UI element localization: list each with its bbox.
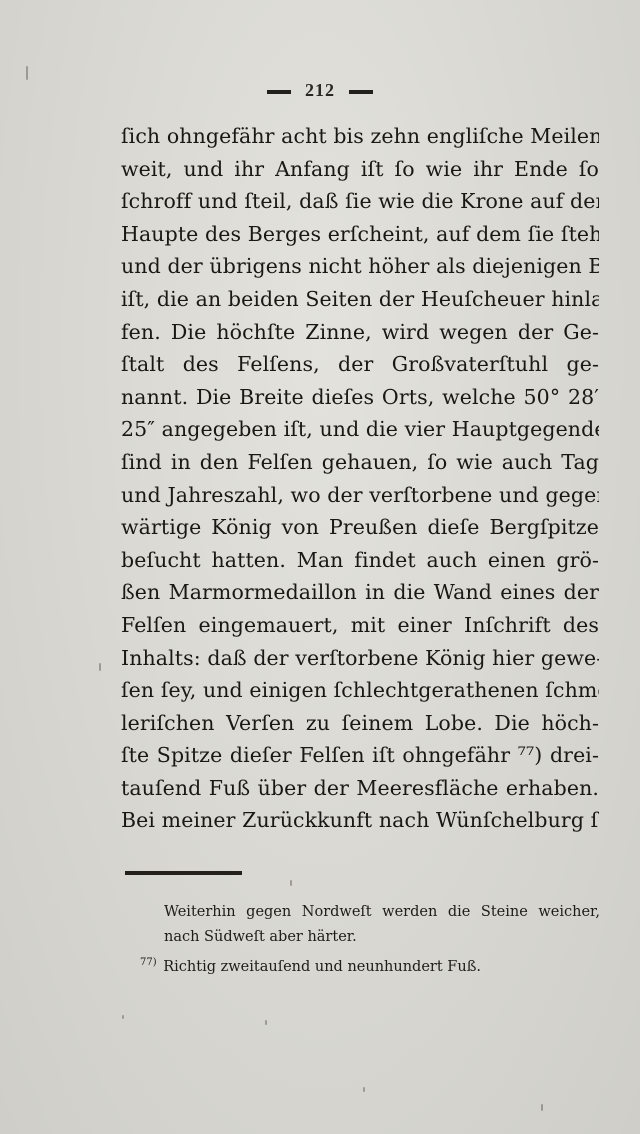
text-line: ſtalt des Felſens, der Großvaterſtuhl ge…: [121, 348, 599, 381]
text-line: Inhalts: daß der verſtorbene König hier …: [121, 642, 599, 675]
dash-right: [349, 90, 373, 94]
text-line: ſind in den Felſen gehauen, ſo wie auch …: [121, 446, 599, 479]
text-line: weit, und ihr Anfang iſt ſo wie ihr Ende…: [121, 153, 599, 186]
text-line: Haupte des Berges erſcheint, auf dem ſie…: [121, 218, 599, 251]
paper-speck: [122, 1015, 124, 1019]
footnote-separator-rule: [125, 871, 242, 875]
footnote-continued-line: Weiterhin gegen Nordweſt werden die Stei…: [140, 900, 600, 925]
text-line: nannt. Die Breite dieſes Orts, welche 50…: [121, 381, 599, 414]
text-line: fen. Die höchſte Zinne, wird wegen der G…: [121, 316, 599, 349]
body-text: ſich ohngefähr acht bis zehn engliſche M…: [121, 120, 599, 837]
text-line: wärtige König von Preußen dieſe Bergſpit…: [121, 511, 599, 544]
footnote-text: Richtig zweitauſend und neunhundert Fuß.: [163, 959, 481, 975]
text-line: ßen Marmormedaillon in die Wand eines de…: [121, 576, 599, 609]
text-line: und Jahreszahl, wo der verſtorbene und g…: [121, 479, 599, 512]
paper-speck: [26, 66, 28, 80]
text-line: leriſchen Verſen zu ſeinem Lobe. Die höc…: [121, 707, 599, 740]
dash-left: [267, 90, 291, 94]
footnotes: Weiterhin gegen Nordweſt werden die Stei…: [140, 900, 600, 975]
text-line: ſich ohngefähr acht bis zehn engliſche M…: [121, 120, 599, 153]
text-line: ſen ſey, und einigen ſchlechtgerathenen …: [121, 674, 599, 707]
text-line: und der übrigens nicht höher als diejeni…: [121, 250, 599, 283]
text-line: ſte Spitze dieſer Felſen iſt ohngefähr ⁷…: [121, 739, 599, 772]
text-line: Felſen eingemauert, mit einer Inſchrift …: [121, 609, 599, 642]
paper-speck: [541, 1104, 543, 1111]
paper-speck: [99, 663, 101, 671]
text-line: tauſend Fuß über der Meeresfläche erhabe…: [121, 772, 599, 805]
paper-speck: [265, 1020, 267, 1025]
text-line: ſchroff und ſteil, daß ſie wie die Krone…: [121, 185, 599, 218]
page-number: 212: [0, 80, 640, 101]
text-line: beſucht hatten. Man findet auch einen gr…: [121, 544, 599, 577]
page-number-value: 212: [305, 80, 335, 100]
footnote-marker: 77): [140, 957, 157, 968]
book-page: 212 ſich ohngefähr acht bis zehn engliſc…: [0, 0, 640, 1134]
paper-speck: [363, 1087, 365, 1092]
footnote-77: 77) Richtig zweitauſend und neunhundert …: [140, 950, 600, 975]
text-line: iſt, die an beiden Seiten der Heuſcheuer…: [121, 283, 599, 316]
footnote-continued-line: nach Südweſt aber härter.: [140, 925, 600, 950]
text-line: 25″ angegeben iſt, und die vier Hauptgeg…: [121, 413, 599, 446]
paper-speck: [290, 880, 292, 886]
text-line: Bei meiner Zurückkunft nach Wünſchelburg…: [121, 804, 599, 837]
